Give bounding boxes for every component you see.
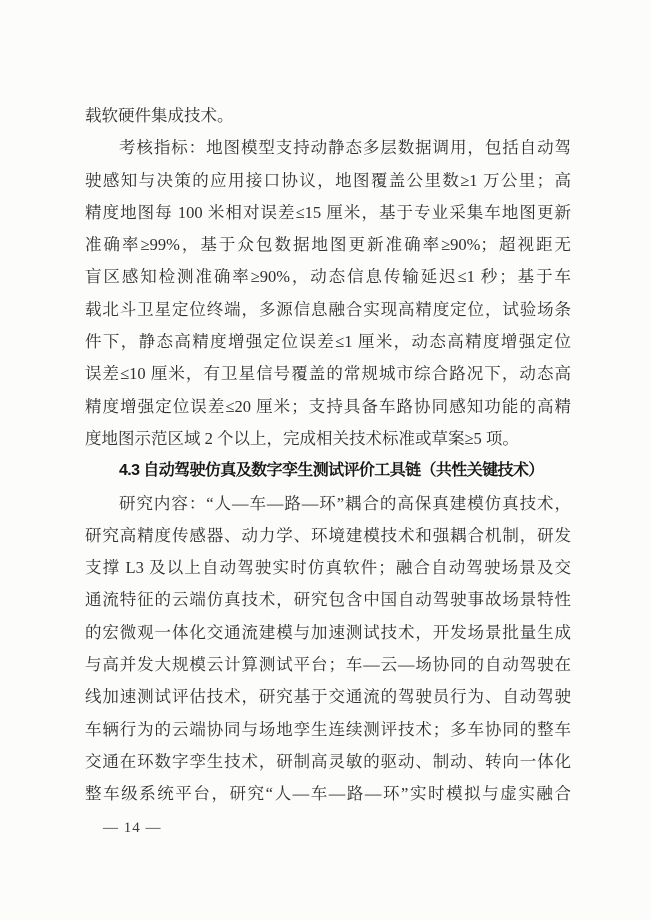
text-line: 件下，静态高精度增强定位误差≤1 厘米，动态高精度增强定位 [85, 326, 571, 358]
text-line: 交通在环数字孪生技术，研制高灵敏的驱动、制动、转向一体化 [85, 746, 571, 778]
text-line: 误差≤10 厘米，有卫星信号覆盖的常规城市综合路况下，动态高 [85, 358, 571, 390]
document-page: 载软硬件集成技术。考核指标：地图模型支持动静态多层数据调用，包括自动驾驶感知与决… [0, 0, 650, 920]
text-line: 支撑 L3 及以上自动驾驶实时仿真软件；融合自动驾驶场景及交 [85, 552, 571, 584]
text-line: 通流特征的云端仿真技术，研究包含中国自动驾驶事故场景特性 [85, 584, 571, 616]
text-line: 的宏微观一体化交通流建模与加速测试技术，开发场景批量生成 [85, 617, 571, 649]
text-line: 研究高精度传感器、动力学、环境建模技术和强耦合机制，研发 [85, 520, 571, 552]
text-line: 研究内容：“人—车—路—环”耦合的高保真建模仿真技术， [85, 488, 571, 520]
text-line: 考核指标：地图模型支持动静态多层数据调用，包括自动驾 [85, 132, 571, 164]
text-line: 车辆行为的云端协同与场地孪生连续测评技术；多车协同的整车 [85, 714, 571, 746]
section-heading: 4.3 自动驾驶仿真及数字孪生测试评价工具链（共性关键技术） [85, 455, 571, 487]
text-line: 盲区感知检测准确率≥90%，动态信息传输延迟≤1 秒；基于车 [85, 261, 571, 293]
text-line: 精度增强定位误差≤20 厘米；支持具备车路协同感知功能的高精 [85, 391, 571, 423]
text-line: 线加速测试评估技术，研究基于交通流的驾驶员行为、自动驾驶 [85, 681, 571, 713]
text-line: 准确率≥99%，基于众包数据地图更新准确率≥90%；超视距无 [85, 229, 571, 261]
text-line: 载北斗卫星定位终端，多源信息融合实现高精度定位，试验场条 [85, 294, 571, 326]
text-line: 驶感知与决策的应用接口协议，地图覆盖公里数≥1 万公里；高 [85, 165, 571, 197]
text-line: 载软硬件集成技术。 [85, 100, 571, 132]
text-line: 度地图示范区域 2 个以上，完成相关技术标准或草案≥5 项。 [85, 423, 571, 455]
text-line: 与高并发大规模云计算测试平台；车—云—场协同的自动驾驶在 [85, 649, 571, 681]
text-line: 精度地图每 100 米相对误差≤15 厘米，基于专业采集车地图更新 [85, 197, 571, 229]
text-line: 整车级系统平台，研究“人—车—路—环”实时模拟与虚实融合 [85, 778, 571, 810]
page-number: — 14 — [103, 820, 162, 837]
document-text-column: 载软硬件集成技术。考核指标：地图模型支持动静态多层数据调用，包括自动驾驶感知与决… [85, 100, 571, 811]
